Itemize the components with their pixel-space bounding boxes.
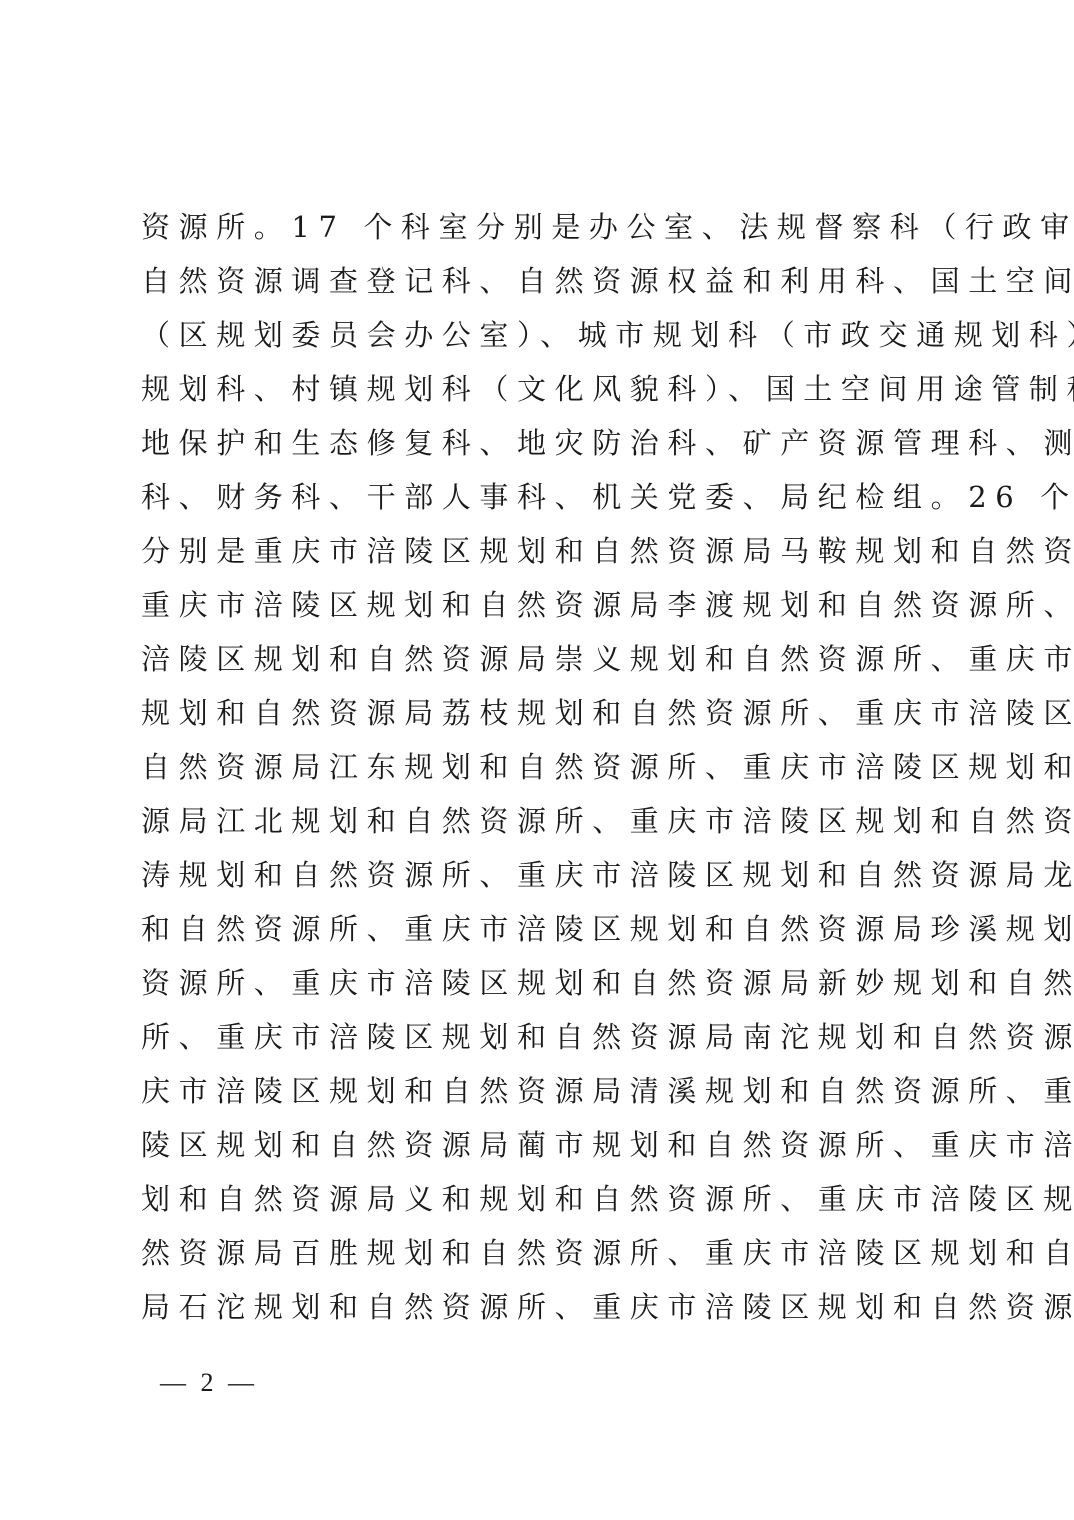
text-line: 庆市涪陵区规划和自然资源局清溪规划和自然资源所、重庆市涪 (141, 1064, 941, 1118)
text-line: 资源所、重庆市涪陵区规划和自然资源局新妙规划和自然资源 (141, 956, 941, 1010)
text-line: 自然资源局江东规划和自然资源所、重庆市涪陵区规划和自然资 (141, 740, 941, 794)
document-page: 资源所。17 个科室分别是办公室、法规督察科（行政审批科）、 自然资源调查登记科… (0, 0, 1074, 1520)
text-line: 规划科、村镇规划科（文化风貌科）、国土空间用途管制科、耕 (141, 362, 941, 416)
text-line: 和自然资源所、重庆市涪陵区规划和自然资源局珍溪规划和自然 (141, 902, 941, 956)
text-line: 科、财务科、干部人事科、机关党委、局纪检组。26 个资源所 (141, 470, 941, 524)
text-line: 陵区规划和自然资源局蔺市规划和自然资源所、重庆市涪陵区规 (141, 1118, 941, 1172)
text-line: 涛规划和自然资源所、重庆市涪陵区规划和自然资源局龙桥规划 (141, 848, 941, 902)
text-line: 资源所。17 个科室分别是办公室、法规督察科（行政审批科）、 (141, 200, 941, 254)
text-line: （区规划委员会办公室）、城市规划科（市政交通规划科）、建筑 (141, 308, 941, 362)
text-line: 局石沱规划和自然资源所、重庆市涪陵区规划和自然资源局龙潭 (141, 1280, 941, 1334)
text-line: 然资源局百胜规划和自然资源所、重庆市涪陵区规划和自然资源 (141, 1226, 941, 1280)
text-line: 源局江北规划和自然资源所、重庆市涪陵区规划和自然资源局白 (141, 794, 941, 848)
page-number: — 2 — (160, 1368, 258, 1398)
body-paragraph: 资源所。17 个科室分别是办公室、法规督察科（行政审批科）、 自然资源调查登记科… (141, 200, 941, 1334)
text-line: 规划和自然资源局荔枝规划和自然资源所、重庆市涪陵区规划和 (141, 686, 941, 740)
text-line: 重庆市涪陵区规划和自然资源局李渡规划和自然资源所、重庆市 (141, 578, 941, 632)
text-line: 涪陵区规划和自然资源局崇义规划和自然资源所、重庆市涪陵区 (141, 632, 941, 686)
text-line: 分别是重庆市涪陵区规划和自然资源局马鞍规划和自然资源所。 (141, 524, 941, 578)
text-line: 地保护和生态修复科、地灾防治科、矿产资源管理科、测绘信息 (141, 416, 941, 470)
text-line: 所、重庆市涪陵区规划和自然资源局南沱规划和自然资源所、重 (141, 1010, 941, 1064)
text-line: 划和自然资源局义和规划和自然资源所、重庆市涪陵区规划和自 (141, 1172, 941, 1226)
text-line: 自然资源调查登记科、自然资源权益和利用科、国土空间规划科 (141, 254, 941, 308)
